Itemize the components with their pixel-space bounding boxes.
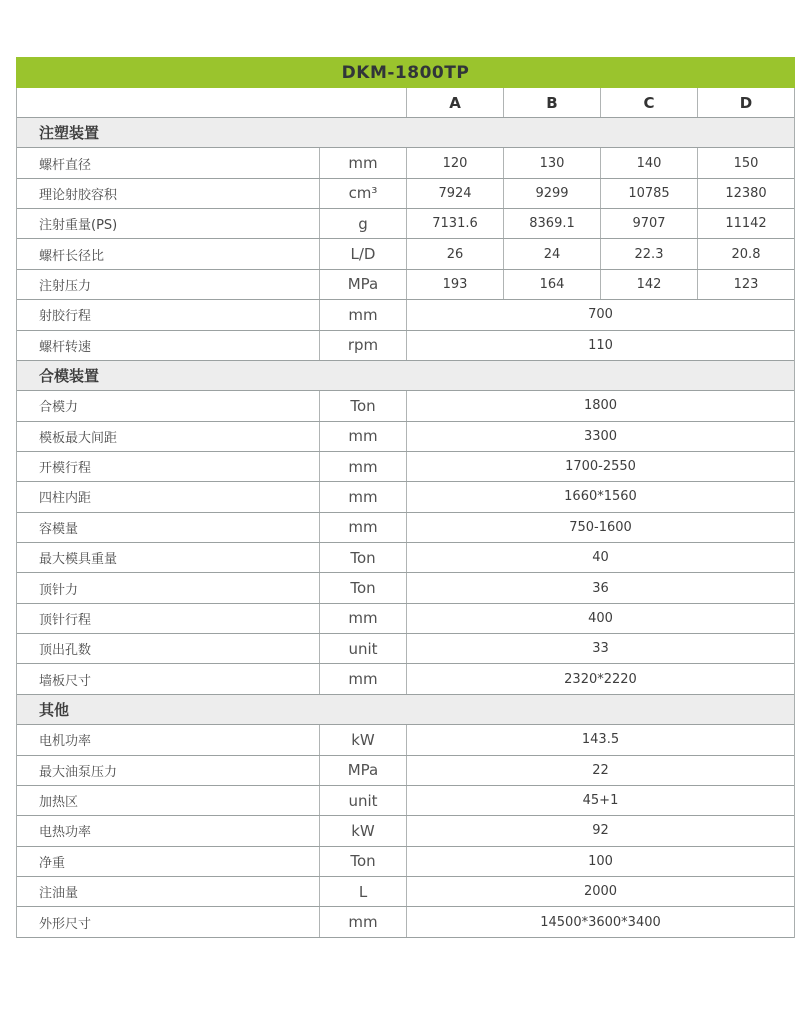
row-label: 螺杆长径比	[17, 239, 319, 268]
row-value-b: 24	[503, 239, 600, 268]
column-header-b: B	[503, 88, 600, 117]
row-value-span: 45+1	[406, 786, 794, 815]
row-unit: mm	[319, 513, 406, 542]
table-row: 注射压力MPa193164142123	[17, 270, 794, 300]
table-row: 外形尺寸mm14500*3600*3400	[17, 907, 794, 937]
row-unit: kW	[319, 725, 406, 754]
row-value-span: 143.5	[406, 725, 794, 754]
row-label: 注射压力	[17, 270, 319, 299]
table-row: 螺杆长径比L/D262422.320.8	[17, 239, 794, 269]
row-value-d: 11142	[697, 209, 794, 238]
row-label: 电机功率	[17, 725, 319, 754]
table-row: 电机功率kW143.5	[17, 725, 794, 755]
row-label: 顶针力	[17, 573, 319, 602]
row-label: 螺杆转速	[17, 331, 319, 360]
table-row: 模板最大间距mm3300	[17, 422, 794, 452]
column-header-row: ABCD	[17, 88, 794, 118]
row-value-span: 14500*3600*3400	[406, 907, 794, 936]
row-value-span: 22	[406, 756, 794, 785]
row-label: 合模力	[17, 391, 319, 420]
row-value-span: 2000	[406, 877, 794, 906]
row-unit: unit	[319, 786, 406, 815]
row-value-c: 10785	[600, 179, 697, 208]
section-header: 合模装置	[17, 361, 794, 391]
row-unit: mm	[319, 452, 406, 481]
row-value-b: 9299	[503, 179, 600, 208]
row-label: 模板最大间距	[17, 422, 319, 451]
row-value-b: 8369.1	[503, 209, 600, 238]
table-row: 合模力Ton1800	[17, 391, 794, 421]
row-value-span: 2320*2220	[406, 664, 794, 693]
row-value-span: 100	[406, 847, 794, 876]
row-label: 射胶行程	[17, 300, 319, 329]
table-row: 理论射胶容积cm³792492991078512380	[17, 179, 794, 209]
row-value-span: 36	[406, 573, 794, 602]
row-unit: mm	[319, 664, 406, 693]
row-unit: mm	[319, 300, 406, 329]
row-label: 容模量	[17, 513, 319, 542]
table-row: 顶针行程mm400	[17, 604, 794, 634]
table-row: 注油量L2000	[17, 877, 794, 907]
table-row: 开模行程mm1700-2550	[17, 452, 794, 482]
column-header-c: C	[600, 88, 697, 117]
row-label: 注射重量(PS)	[17, 209, 319, 238]
table-row: 射胶行程mm700	[17, 300, 794, 330]
table-row: 螺杆转速rpm110	[17, 331, 794, 361]
row-unit: unit	[319, 634, 406, 663]
table-row: 净重Ton100	[17, 847, 794, 877]
row-value-c: 140	[600, 148, 697, 177]
row-value-b: 164	[503, 270, 600, 299]
table-body: ABCD 注塑装置螺杆直径mm120130140150理论射胶容积cm³7924…	[16, 88, 795, 938]
row-unit: Ton	[319, 391, 406, 420]
row-value-span: 33	[406, 634, 794, 663]
row-value-span: 92	[406, 816, 794, 845]
row-value-a: 120	[406, 148, 503, 177]
row-value-span: 3300	[406, 422, 794, 451]
table-row: 电热功率kW92	[17, 816, 794, 846]
section-header: 注塑装置	[17, 118, 794, 148]
row-unit: L/D	[319, 239, 406, 268]
table-row: 顶出孔数unit33	[17, 634, 794, 664]
row-unit: L	[319, 877, 406, 906]
row-value-span: 1660*1560	[406, 482, 794, 511]
row-label: 开模行程	[17, 452, 319, 481]
row-unit: kW	[319, 816, 406, 845]
row-label: 四柱内距	[17, 482, 319, 511]
table-row: 注射重量(PS)g7131.68369.1970711142	[17, 209, 794, 239]
row-value-a: 193	[406, 270, 503, 299]
table-row: 最大油泵压力MPa22	[17, 756, 794, 786]
row-label: 加热区	[17, 786, 319, 815]
row-value-c: 22.3	[600, 239, 697, 268]
column-header-empty-cell	[17, 88, 406, 117]
row-value-span: 110	[406, 331, 794, 360]
row-value-span: 40	[406, 543, 794, 572]
column-header-a: A	[406, 88, 503, 117]
row-value-c: 142	[600, 270, 697, 299]
table-row: 墙板尺寸mm2320*2220	[17, 664, 794, 694]
column-header-d: D	[697, 88, 794, 117]
row-value-d: 12380	[697, 179, 794, 208]
row-label: 顶出孔数	[17, 634, 319, 663]
row-value-span: 400	[406, 604, 794, 633]
row-unit: mm	[319, 907, 406, 936]
spec-table: DKM-1800TP ABCD 注塑装置螺杆直径mm120130140150理论…	[16, 57, 795, 938]
model-title-bar: DKM-1800TP	[16, 57, 795, 88]
row-label: 顶针行程	[17, 604, 319, 633]
table-row: 四柱内距mm1660*1560	[17, 482, 794, 512]
row-value-d: 20.8	[697, 239, 794, 268]
row-value-c: 9707	[600, 209, 697, 238]
row-label: 最大油泵压力	[17, 756, 319, 785]
row-unit: Ton	[319, 847, 406, 876]
row-value-a: 26	[406, 239, 503, 268]
row-value-span: 1800	[406, 391, 794, 420]
table-row: 螺杆直径mm120130140150	[17, 148, 794, 178]
row-value-b: 130	[503, 148, 600, 177]
row-unit: mm	[319, 148, 406, 177]
row-label: 注油量	[17, 877, 319, 906]
row-label: 理论射胶容积	[17, 179, 319, 208]
row-unit: rpm	[319, 331, 406, 360]
table-row: 顶针力Ton36	[17, 573, 794, 603]
row-unit: cm³	[319, 179, 406, 208]
row-value-span: 700	[406, 300, 794, 329]
row-value-span: 1700-2550	[406, 452, 794, 481]
row-unit: Ton	[319, 573, 406, 602]
row-unit: MPa	[319, 270, 406, 299]
table-row: 容模量mm750-1600	[17, 513, 794, 543]
row-unit: MPa	[319, 756, 406, 785]
row-unit: mm	[319, 422, 406, 451]
row-label: 电热功率	[17, 816, 319, 845]
row-unit: mm	[319, 604, 406, 633]
table-row: 加热区unit45+1	[17, 786, 794, 816]
row-unit: g	[319, 209, 406, 238]
row-unit: Ton	[319, 543, 406, 572]
row-value-d: 150	[697, 148, 794, 177]
row-label: 墙板尺寸	[17, 664, 319, 693]
row-value-span: 750-1600	[406, 513, 794, 542]
section-header: 其他	[17, 695, 794, 725]
row-value-a: 7131.6	[406, 209, 503, 238]
row-label: 净重	[17, 847, 319, 876]
row-label: 螺杆直径	[17, 148, 319, 177]
row-value-a: 7924	[406, 179, 503, 208]
row-label: 外形尺寸	[17, 907, 319, 936]
row-unit: mm	[319, 482, 406, 511]
row-value-d: 123	[697, 270, 794, 299]
row-label: 最大模具重量	[17, 543, 319, 572]
table-row: 最大模具重量Ton40	[17, 543, 794, 573]
model-title: DKM-1800TP	[342, 63, 470, 83]
